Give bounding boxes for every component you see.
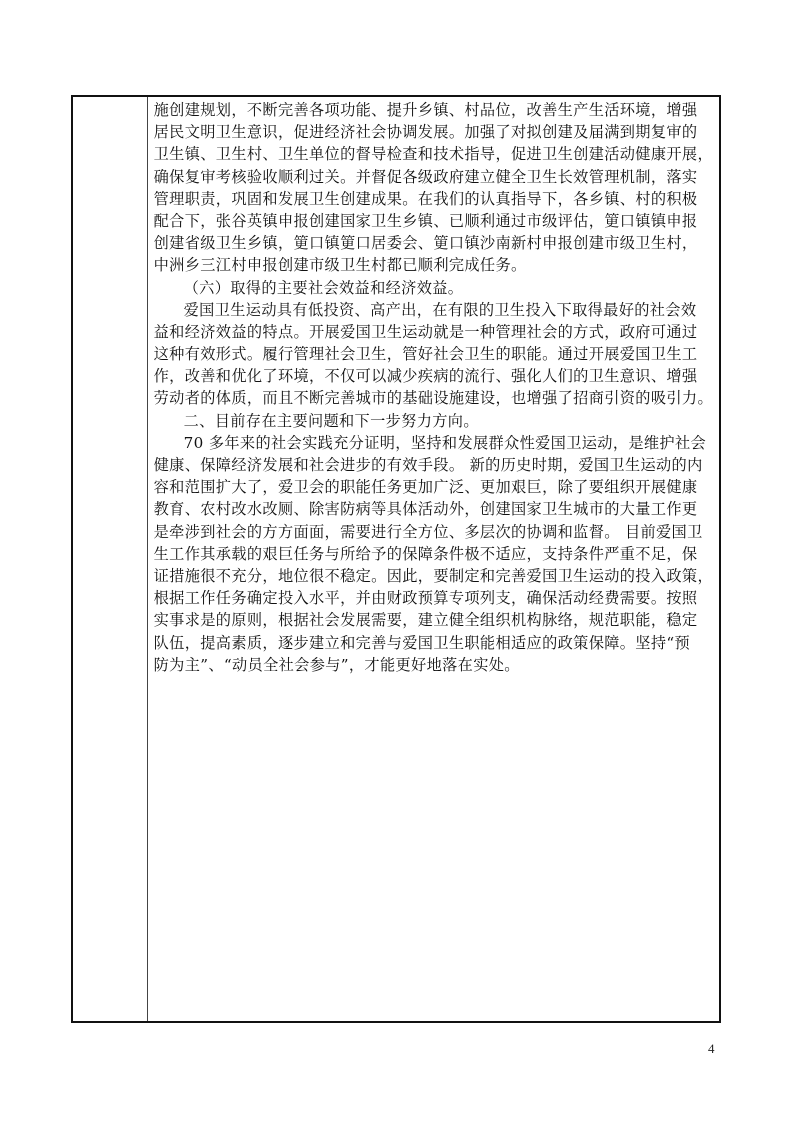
text-line: 实事求是的原则，根据社会发展需要，建立健全组织机构脉络，规范职能，稳定 <box>154 609 713 631</box>
text-line: 卫生镇、卫生村、卫生单位的督导检查和技术指导，促进卫生创建活动健康开展， <box>154 143 713 165</box>
text-line: 根据工作任务确定投入水平，并由财政预算专项列支，确保活动经费需要。按照 <box>154 587 713 609</box>
text-line: 是牵涉到社会的方方面面，需要进行全方位、多层次的协调和监督。 目前爱国卫 <box>154 521 713 543</box>
text-line: 益和经济效益的特点。开展爱国卫生运动就是一种管理社会的方式，政府可通过 <box>154 321 713 343</box>
text-line: 劳动者的体质，而且不断完善城市的基础设施建设，也增强了招商引资的吸引力。 <box>154 387 713 409</box>
text-line: 这种有效形式。履行管理社会卫生，管好社会卫生的职能。通过开展爱国卫生工 <box>154 343 713 365</box>
text-line: 生工作其承载的艰巨任务与所给予的保障条件极不适应，支持条件严重不足，保 <box>154 543 713 565</box>
section-heading-six: （六）取得的主要社会效益和经济效益。 <box>154 277 713 299</box>
text-line: 健康、保障经济发展和社会进步的有效手段。 新的历史时期，爱国卫生运动的内 <box>154 454 713 476</box>
document-table: 施创建规划，不断完善各项功能、提升乡镇、村品位，改善生产生活环境，增强 居民文明… <box>71 95 721 1023</box>
text-line: 70 多年来的社会实践充分证明，坚持和发展群众性爱国卫运动，是维护社会 <box>154 432 713 454</box>
left-label-cell <box>73 97 148 1021</box>
text-line: 证措施很不充分，地位很不稳定。因此，要制定和完善爱国卫生运动的投入政策， <box>154 565 713 587</box>
text-line: 中洲乡三江村申报创建市级卫生村都已顺利完成任务。 <box>154 254 713 276</box>
text-line: 管理职责，巩固和发展卫生创建成果。在我们的认真指导下，各乡镇、村的积极 <box>154 188 713 210</box>
text-line: 创建省级卫生乡镇，筻口镇筻口居委会、筻口镇沙南新村申报创建市级卫生村， <box>154 232 713 254</box>
text-line: 防为主”、“动员全社会参与”，才能更好地落在实处。 <box>154 654 713 676</box>
text-line: 教育、农村改水改厕、除害防病等具体活动外，创建国家卫生城市的大量工作更 <box>154 498 713 520</box>
text-line: 爱国卫生运动具有低投资、高产出，在有限的卫生投入下取得最好的社会效 <box>154 299 713 321</box>
text-line: 确保复审考核验收顺利过关。并督促各级政府建立健全卫生长效管理机制，落实 <box>154 166 713 188</box>
text-line: 队伍，提高素质，逐步建立和完善与爱国卫生职能相适应的政策保障。坚持“预 <box>154 632 713 654</box>
text-line: 容和范围扩大了，爱卫会的职能任务更加广泛、更加艰巨，除了要组织开展健康 <box>154 476 713 498</box>
text-line: 作，改善和优化了环境，不仅可以减少疾病的流行、强化人们的卫生意识、增强 <box>154 365 713 387</box>
text-line: 配合下，张谷英镇申报创建国家卫生乡镇、已顺利通过市级评估，筻口镇镇申报 <box>154 210 713 232</box>
page-number: 4 <box>708 1041 715 1057</box>
section-heading-two: 二、目前存在主要问题和下一步努力方向。 <box>154 410 713 432</box>
text-line: 居民文明卫生意识，促进经济社会协调发展。加强了对拟创建及届满到期复审的 <box>154 121 713 143</box>
content-cell: 施创建规划，不断完善各项功能、提升乡镇、村品位，改善生产生活环境，增强 居民文明… <box>148 97 719 1021</box>
text-line: 施创建规划，不断完善各项功能、提升乡镇、村品位，改善生产生活环境，增强 <box>154 99 713 121</box>
